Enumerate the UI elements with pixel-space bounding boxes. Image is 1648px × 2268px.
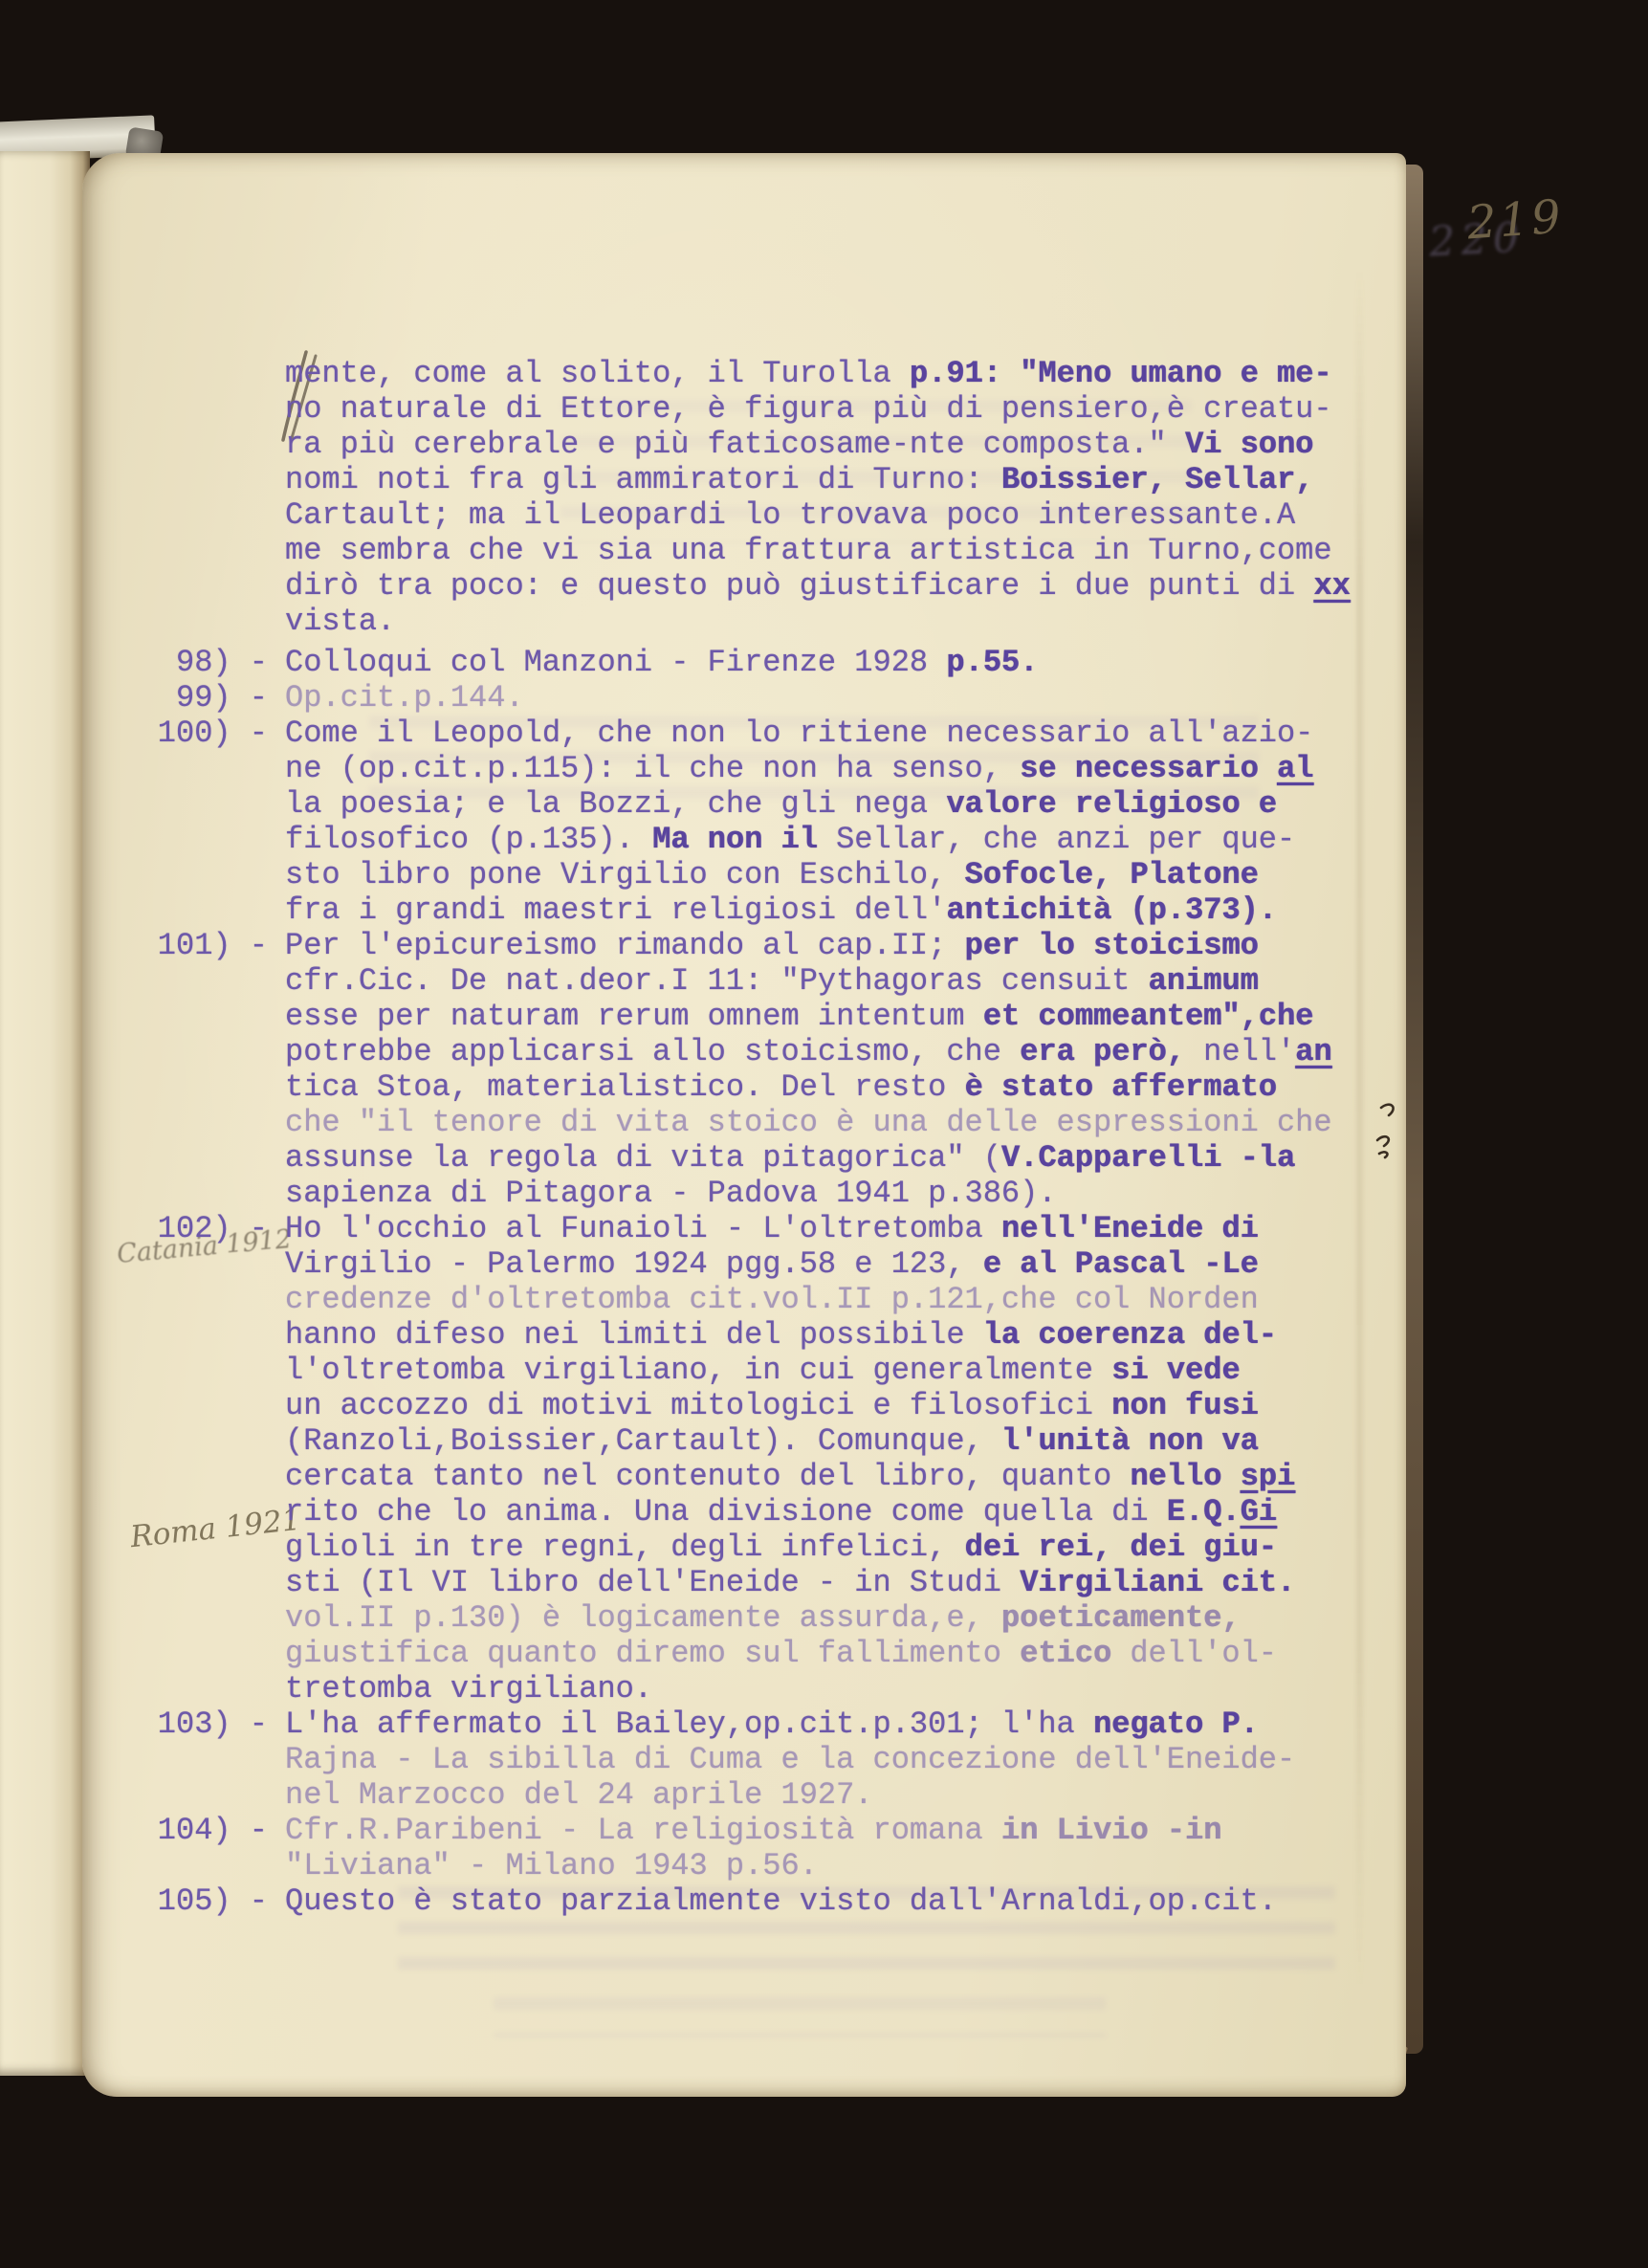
footnote-text: Come il Leopold, che non lo ritiene nece… [285, 716, 1313, 928]
footnote-number: 99) - [82, 680, 268, 716]
typed-segment: et commeantem",che [983, 999, 1314, 1034]
footnote: 98) -Colloqui col Manzoni - Firenze 1928… [82, 645, 1406, 680]
typed-segment: Op.cit.p.144. [285, 680, 524, 716]
typed-line: nel Marzocco del 24 aprile 1927. [285, 1777, 1295, 1813]
typed-segment: rito che lo anima. Una divisione come qu… [285, 1494, 1167, 1530]
facing-page-edge [0, 151, 90, 2076]
typed-line: ne (op.cit.p.115): il che non ha senso, … [285, 751, 1313, 786]
typed-segment: nel Marzocco del 24 aprile 1927. [285, 1777, 873, 1813]
typed-segment: fra i grandi maestri religiosi dell' [285, 892, 946, 928]
typed-segment: era però, [1020, 1034, 1185, 1069]
typed-segment: filosofico (p.135). [285, 822, 652, 857]
typed-segment: che "il tenore di vita stoico è una dell… [285, 1105, 1332, 1140]
bleed-through-smudge [494, 1997, 1106, 2037]
typed-segment: Come il Leopold, che non lo ritiene nece… [285, 716, 1313, 751]
footnote-text: Colloqui col Manzoni - Firenze 1928 p.55… [285, 645, 1038, 680]
typed-line: sapienza di Pitagora - Padova 1941 p.386… [285, 1176, 1332, 1211]
typed-line: un accozzo di motivi mitologici e filoso… [285, 1388, 1295, 1423]
typed-line: potrebbe applicarsi allo stoicismo, che … [285, 1034, 1332, 1069]
typed-line: cercata tanto nel contenuto del libro, q… [285, 1459, 1295, 1494]
typed-segment: spi [1241, 1459, 1296, 1494]
typed-line: mente, come al solito, il Turolla p.91: … [285, 356, 1406, 391]
typed-line: ra più cerebrale e più faticosame-nte co… [285, 427, 1406, 462]
footnote: 103) -L'ha affermato il Bailey,op.cit.p.… [82, 1707, 1406, 1813]
typed-segment: sti (Il VI libro dell'Eneide - in Studi [285, 1565, 1020, 1600]
typed-line: Colloqui col Manzoni - Firenze 1928 p.55… [285, 645, 1038, 680]
typed-segment: assunse la regola di vita pitagorica" ( [285, 1140, 1001, 1176]
typed-segment: e al Pascal -Le [983, 1246, 1259, 1282]
typed-segment: dirò tra poco: e questo può giustificare… [285, 568, 1313, 604]
footnote: 100) -Come il Leopold, che non lo ritien… [82, 716, 1406, 928]
typed-segment: tica Stoa, materialistico. Del resto [285, 1069, 965, 1105]
typed-line: rito che lo anima. Una divisione come qu… [285, 1494, 1295, 1530]
footnote-number: 105) - [82, 1883, 268, 1919]
typed-segment: "Liviana" - Milano 1943 p.56. [285, 1848, 818, 1883]
typed-line: tretomba virgiliano. [285, 1671, 1295, 1707]
typed-segment: E.Q. [1167, 1494, 1241, 1530]
typed-segment: nell'Eneide di [1001, 1211, 1259, 1246]
typed-segment: la poesia; e la Bozzi, che gli nega [285, 786, 946, 822]
typed-line: Rajna - La sibilla di Cuma e la concezio… [285, 1742, 1295, 1777]
typed-line: dirò tra poco: e questo può giustificare… [285, 568, 1406, 604]
typed-segment: Virgilio - Palermo 1924 pgg.58 e 123, [285, 1246, 983, 1282]
typed-segment: Vi sono [1185, 427, 1313, 462]
typed-line: me sembra che vi sia una frattura artist… [285, 533, 1406, 568]
typed-segment: nell' [1185, 1034, 1295, 1069]
footnote-number: 102) - [82, 1211, 268, 1246]
typed-segment: etico [1020, 1636, 1111, 1671]
typed-line: vol.II p.130) è logicamente assurda,e, p… [285, 1600, 1295, 1636]
typed-segment: dell'ol- [1111, 1636, 1277, 1671]
typed-segment: me sembra che vi sia una frattura artist… [285, 533, 1332, 568]
footnote-number: 103) - [82, 1707, 268, 1742]
typed-segment: tretomba virgiliano. [285, 1671, 652, 1707]
typed-line: "Liviana" - Milano 1943 p.56. [285, 1848, 1221, 1883]
typed-segment: negato P. [1093, 1707, 1259, 1742]
typed-line: Virgilio - Palermo 1924 pgg.58 e 123, e … [285, 1246, 1295, 1282]
footnote: 101) -Per l'epicureismo rimando al cap.I… [82, 928, 1406, 1211]
typed-segment: vista. [285, 604, 395, 639]
typed-segment: an [1295, 1034, 1331, 1069]
typed-segment: è stato affermato [965, 1069, 1277, 1105]
footnote-number: 98) - [82, 645, 268, 680]
typed-segment: giustifica quanto diremo sul fallimento [285, 1636, 1020, 1671]
typed-line: Per l'epicureismo rimando al cap.II; per… [285, 928, 1332, 963]
typed-line: Cfr.R.Paribeni - La religiosità romana i… [285, 1813, 1221, 1848]
typed-segment: l'oltretomba virgiliano, in cui generalm… [285, 1353, 1111, 1388]
typed-segment: sapienza di Pitagora - Padova 1941 p.386… [285, 1176, 1057, 1211]
typed-segment: p.55. [946, 645, 1038, 680]
typed-line: sti (Il VI libro dell'Eneide - in Studi … [285, 1565, 1295, 1600]
typed-segment: nello [1130, 1459, 1240, 1494]
typed-segment: cfr.Cic. De nat.deor.I 11: "Pythagoras c… [285, 963, 1149, 999]
footnote: 102) -Ho l'occhio al Funaioli - L'oltret… [82, 1211, 1406, 1707]
typed-segment: Gi [1241, 1494, 1277, 1530]
typed-segment: L'ha affermato il Bailey,op.cit.p.301; l… [285, 1707, 1093, 1742]
typed-segment: Sellar, che anzi per que- [818, 822, 1295, 857]
typed-segment: no naturale di Ettore, è figura più di p… [285, 391, 1332, 427]
typed-segment: Colloqui col Manzoni - Firenze 1928 [285, 645, 946, 680]
footnote: 99) -Op.cit.p.144. [82, 680, 1406, 716]
typed-segment: Sofocle, Platone [965, 857, 1259, 892]
continuation-paragraph: mente, come al solito, il Turolla p.91: … [285, 356, 1406, 639]
typed-line: fra i grandi maestri religiosi dell'anti… [285, 892, 1313, 928]
typed-segment: (Ranzoli,Boissier,Cartault). Comunque, [285, 1423, 1001, 1459]
typed-line: Questo è stato parzialmente visto dall'A… [285, 1883, 1277, 1919]
typed-segment: se necessario [1020, 751, 1277, 786]
footnote-text: Questo è stato parzialmente visto dall'A… [285, 1883, 1277, 1919]
footnote-text: L'ha affermato il Bailey,op.cit.p.301; l… [285, 1707, 1295, 1813]
typed-line: credenze d'oltretomba cit.vol.II p.121,c… [285, 1282, 1295, 1317]
typed-line: assunse la regola di vita pitagorica" (V… [285, 1140, 1332, 1176]
typed-segment: Ma non il [652, 822, 818, 857]
typed-segment: cercata tanto nel contenuto del libro, q… [285, 1459, 1130, 1494]
typed-line: sto libro pone Virgilio con Eschilo, Sof… [285, 857, 1313, 892]
typed-segment: l'unità non va [1001, 1423, 1259, 1459]
typed-line: nomi noti fra gli ammiratori di Turno: B… [285, 462, 1406, 497]
footnote-text: Op.cit.p.144. [285, 680, 524, 716]
typed-segment: hanno difeso nei limiti del possibile [285, 1317, 983, 1353]
typed-segment: non fusi [1111, 1388, 1259, 1423]
typed-line: Op.cit.p.144. [285, 680, 524, 716]
typed-segment: potrebbe applicarsi allo stoicismo, che [285, 1034, 1020, 1069]
typed-segment: esse per naturam rerum omnem intentum [285, 999, 983, 1034]
typed-segment: p.91: "Meno umano e me- [910, 356, 1332, 391]
typed-segment: xx [1313, 568, 1350, 604]
typescript: mente, come al solito, il Turolla p.91: … [82, 356, 1406, 1919]
typed-line: glioli in tre regni, degli infelici, dei… [285, 1530, 1295, 1565]
typed-segment: nomi noti fra gli ammiratori di Turno: [285, 462, 1001, 497]
typed-segment: V.Capparelli -la [1001, 1140, 1295, 1176]
typed-segment: si vede [1111, 1353, 1240, 1388]
scanned-book-photo: 220 219 Catania 1912 Roma 1921 mente, co… [0, 0, 1648, 2268]
typed-segment: la coerenza del- [983, 1317, 1277, 1353]
typed-segment: animum [1149, 963, 1259, 999]
typed-line: cfr.Cic. De nat.deor.I 11: "Pythagoras c… [285, 963, 1332, 999]
typed-segment: per lo stoicismo [965, 928, 1259, 963]
typed-segment: Boissier, Sellar, [1001, 462, 1313, 497]
typed-segment: vol.II p.130) è logicamente assurda,e, [285, 1600, 1001, 1636]
typed-segment: Cfr.R.Paribeni - La religiosità romana [285, 1813, 1001, 1848]
typed-segment: Questo è stato parzialmente visto dall'A… [285, 1883, 1277, 1919]
typed-segment: ne (op.cit.p.115): il che non ha senso, [285, 751, 1020, 786]
footnote-number: 100) - [82, 716, 268, 751]
footnote-list: 98) -Colloqui col Manzoni - Firenze 1928… [82, 645, 1406, 1919]
typed-line: esse per naturam rerum omnem intentum et… [285, 999, 1332, 1034]
typed-segment: in Livio -in [1001, 1813, 1221, 1848]
typed-line: hanno difeso nei limiti del possibile la… [285, 1317, 1295, 1353]
footnote-text: Cfr.R.Paribeni - La religiosità romana i… [285, 1813, 1221, 1883]
typed-segment: antichità (p.373). [946, 892, 1277, 928]
typed-line: Come il Leopold, che non lo ritiene nece… [285, 716, 1313, 751]
typed-line: filosofico (p.135). Ma non il Sellar, ch… [285, 822, 1313, 857]
typed-line: l'oltretomba virgiliano, in cui generalm… [285, 1353, 1295, 1388]
typed-segment: Rajna - La sibilla di Cuma e la concezio… [285, 1742, 1295, 1777]
typed-segment: Per l'epicureismo rimando al cap.II; [285, 928, 965, 963]
typed-line: giustifica quanto diremo sul fallimento … [285, 1636, 1295, 1671]
page-number-handwritten: 219 [1465, 190, 1565, 251]
typed-segment: poeticamente, [1001, 1600, 1241, 1636]
typed-segment: Cartault; ma il Leopardi lo trovava poco… [285, 497, 1295, 533]
typed-line: la poesia; e la Bozzi, che gli nega valo… [285, 786, 1313, 822]
footnote: 104) -Cfr.R.Paribeni - La religiosità ro… [82, 1813, 1406, 1883]
typed-segment: credenze d'oltretomba cit.vol.II p.121,c… [285, 1282, 1259, 1317]
typed-line: Ho l'occhio al Funaioli - L'oltretomba n… [285, 1211, 1295, 1246]
typed-segment: al [1277, 751, 1313, 786]
typed-line: vista. [285, 604, 1406, 639]
typed-segment: dei rei, dei giu- [965, 1530, 1277, 1565]
typed-line: che "il tenore di vita stoico è una dell… [285, 1105, 1332, 1140]
typed-segment: Virgiliani cit. [1020, 1565, 1295, 1600]
typed-segment: glioli in tre regni, degli infelici, [285, 1530, 965, 1565]
typed-line: L'ha affermato il Bailey,op.cit.p.301; l… [285, 1707, 1295, 1742]
typed-segment: sto libro pone Virgilio con Eschilo, [285, 857, 965, 892]
typed-segment: Ho l'occhio al Funaioli - L'oltretomba [285, 1211, 1001, 1246]
footnote-text: Ho l'occhio al Funaioli - L'oltretomba n… [285, 1211, 1295, 1707]
typescript-page: 220 219 Catania 1912 Roma 1921 mente, co… [82, 153, 1406, 2097]
footnote-number: 104) - [82, 1813, 268, 1848]
typed-line: Cartault; ma il Leopardi lo trovava poco… [285, 497, 1406, 533]
typed-segment: un accozzo di motivi mitologici e filoso… [285, 1388, 1111, 1423]
typed-segment: valore religioso e [946, 786, 1277, 822]
footnote-text: Per l'epicureismo rimando al cap.II; per… [285, 928, 1332, 1211]
typed-line: no naturale di Ettore, è figura più di p… [285, 391, 1406, 427]
footnote-number: 101) - [82, 928, 268, 963]
typed-segment: ra più cerebrale e più faticosame-nte co… [285, 427, 1185, 462]
footnote: 105) -Questo è stato parzialmente visto … [82, 1883, 1406, 1919]
typed-line: tica Stoa, materialistico. Del resto è s… [285, 1069, 1332, 1105]
typed-line: (Ranzoli,Boissier,Cartault). Comunque, l… [285, 1423, 1295, 1459]
typed-segment: mente, come al solito, il Turolla [285, 356, 910, 391]
